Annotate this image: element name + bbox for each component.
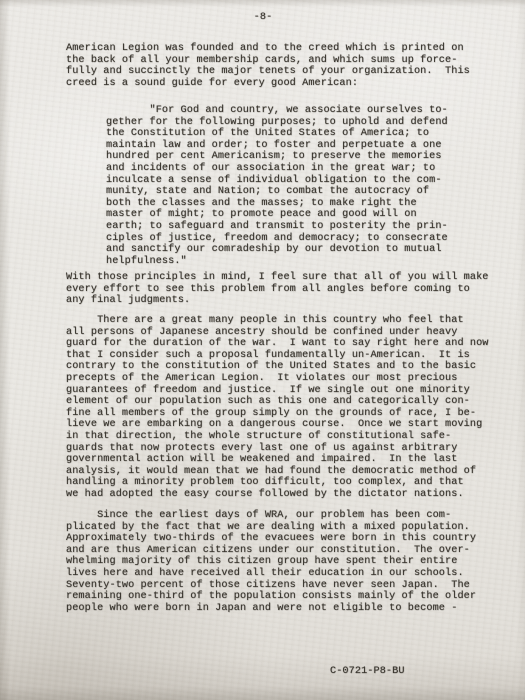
body-paragraph-3: There are a great many people in this co… [66,315,489,501]
page-number: -8- [66,12,460,24]
legion-creed-blockquote: "For God and country, we associate ourse… [106,105,448,267]
body-paragraph-4: Since the earliest days of WRA, our prob… [66,510,476,614]
document-page: -8- American Legion was founded and to t… [0,0,525,700]
body-paragraph-1: American Legion was founded and to the c… [66,43,470,89]
body-paragraph-2: With those principles in mind, I feel su… [66,272,489,307]
footer-document-code: C-0721-P8-BU [330,666,405,678]
